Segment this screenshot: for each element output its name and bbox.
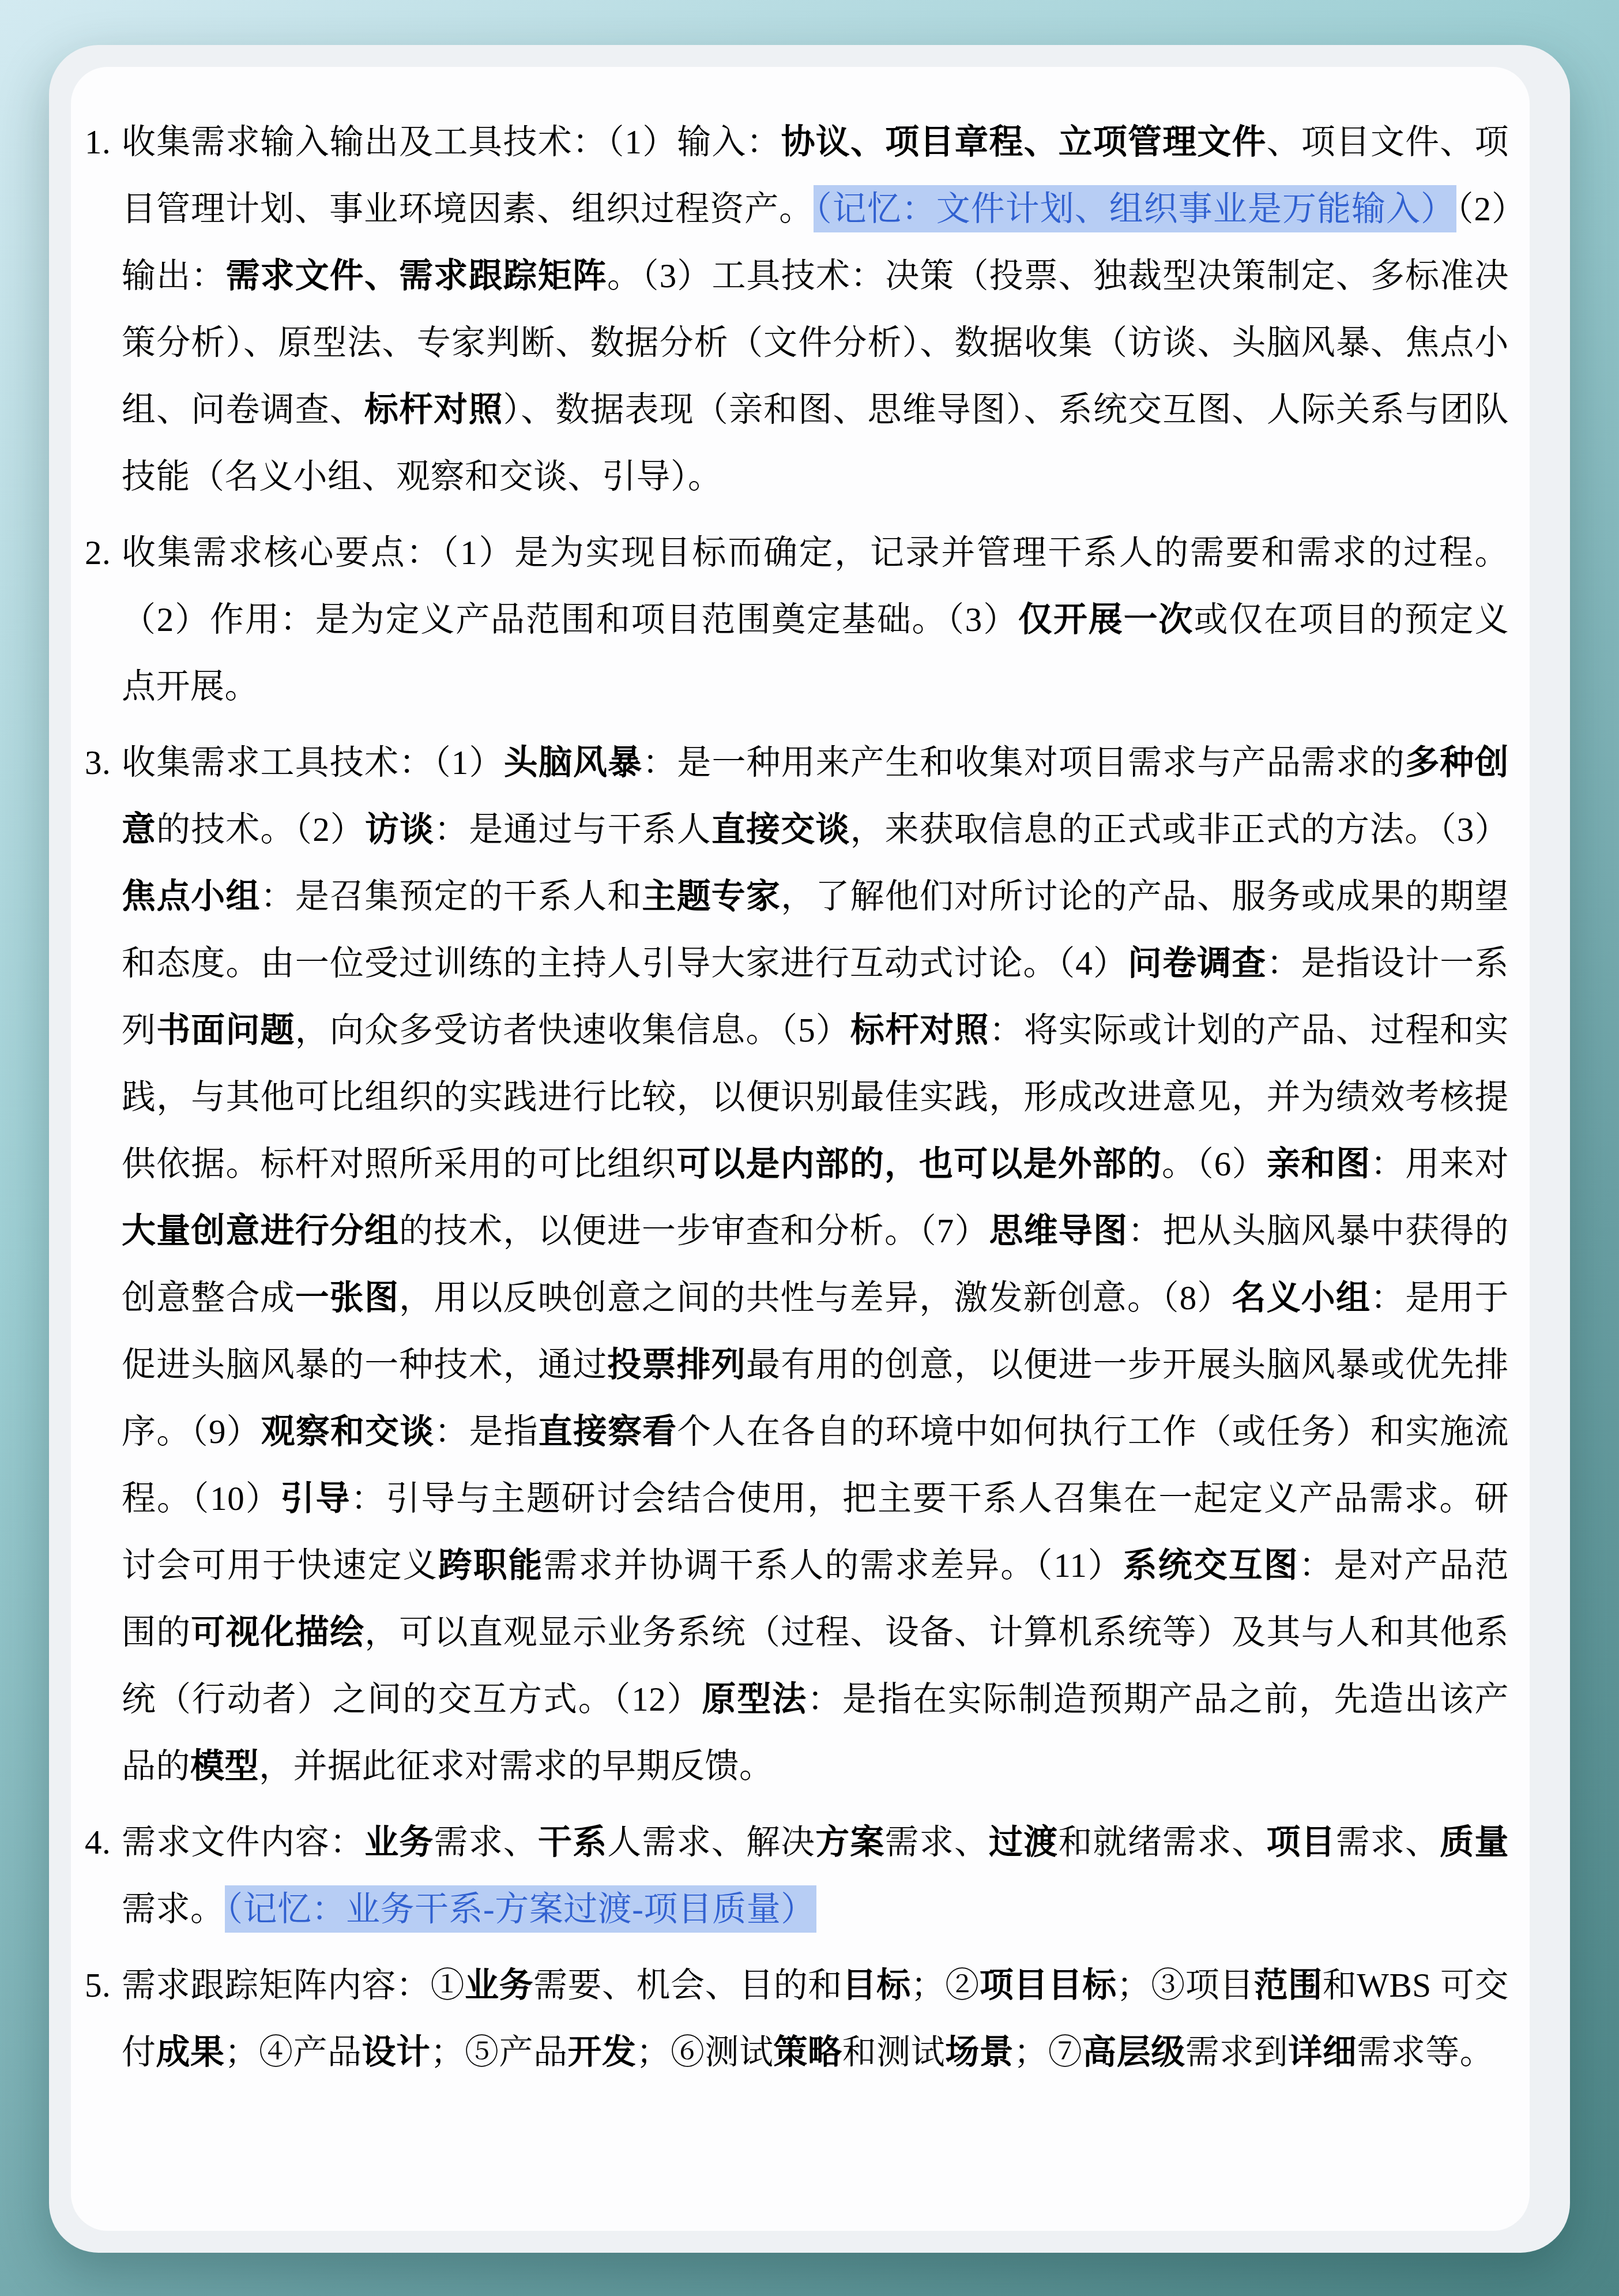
memory-highlight: （记忆：业务干系-方案过渡-项目质量） — [225, 1885, 816, 1933]
emphasis-text: 跨职能 — [438, 1546, 544, 1584]
body-text: ：用来对 — [1370, 1145, 1509, 1183]
list-item: 1.收集需求输入输出及工具技术：（1）输入：协议、项目章程、立项管理文件、项目文… — [85, 108, 1509, 510]
list-item-number: 2. — [85, 519, 122, 586]
emphasis-text: 书面问题 — [156, 1011, 295, 1049]
emphasis-text: 设计 — [362, 2033, 431, 2071]
body-text: ，并据此征求对需求的早期反馈。 — [259, 1747, 774, 1785]
body-text: ，来获取信息的正式或非正式的方法。（3） — [850, 810, 1509, 848]
emphasis-text: 业务 — [364, 1823, 434, 1861]
note-card: 1.收集需求输入输出及工具技术：（1）输入：协议、项目章程、立项管理文件、项目文… — [71, 67, 1530, 2231]
body-text: ；⑤产品 — [431, 2033, 568, 2071]
list-item-number: 5. — [85, 1952, 122, 2019]
emphasis-text: 引导 — [281, 1479, 351, 1517]
numbered-list: 1.收集需求输入输出及工具技术：（1）输入：协议、项目章程、立项管理文件、项目文… — [85, 108, 1509, 2085]
emphasis-text: 直接察看 — [539, 1412, 677, 1450]
body-text: 的技术，以便进一步审查和分析。（7） — [399, 1212, 989, 1250]
memory-highlight: （记忆：文件计划、组织事业是万能输入） — [814, 185, 1456, 232]
list-item: 3.收集需求工具技术：（1）头脑风暴：是一种用来产生和收集对项目需求与产品需求的… — [85, 729, 1509, 1799]
emphasis-text: 质量 — [1440, 1823, 1509, 1861]
emphasis-text: 项目 — [1266, 1823, 1335, 1861]
emphasis-text: 焦点小组 — [122, 877, 261, 915]
body-text: ：是一种用来产生和收集对项目需求与产品需求的 — [642, 743, 1405, 781]
emphasis-text: 范围 — [1254, 1966, 1323, 2004]
body-text: ；③项目 — [1117, 1966, 1254, 2004]
emphasis-text: 头脑风暴 — [504, 743, 643, 781]
emphasis-text: 协议、项目章程、立项管理文件 — [781, 123, 1267, 161]
list-item-number: 3. — [85, 729, 122, 796]
body-text: 需求到 — [1185, 2033, 1289, 2071]
body-text: 需求、 — [885, 1823, 989, 1861]
emphasis-text: 主题专家 — [642, 877, 781, 915]
emphasis-text: 成果 — [156, 2033, 225, 2071]
body-text: ，用以反映创意之间的共性与差异，激发新创意。（8） — [399, 1279, 1232, 1317]
emphasis-text: 大量创意进行分组 — [122, 1212, 399, 1250]
emphasis-text: 项目目标 — [980, 1966, 1117, 2004]
emphasis-text: 一张图 — [295, 1279, 399, 1317]
emphasis-text: 思维导图 — [989, 1212, 1128, 1250]
emphasis-text: 可视化描绘 — [191, 1613, 364, 1651]
emphasis-text: 高层级 — [1082, 2033, 1185, 2071]
emphasis-text: 亲和图 — [1267, 1145, 1370, 1183]
emphasis-text: 观察和交谈 — [261, 1412, 435, 1450]
body-text: 和测试 — [842, 2033, 946, 2071]
emphasis-text: 投票排列 — [607, 1346, 746, 1384]
emphasis-text: 可以是内部的，也可以是外部的 — [676, 1145, 1162, 1183]
list-item: 2.收集需求核心要点：（1）是为实现目标而确定，记录并管理干系人的需要和需求的过… — [85, 519, 1509, 720]
emphasis-text: 原型法 — [702, 1680, 807, 1718]
body-text: 和就绪需求、 — [1058, 1823, 1266, 1861]
body-text: ：是召集预定的干系人和 — [261, 877, 642, 915]
body-text: 收集需求输入输出及工具技术：（1）输入： — [122, 123, 781, 161]
emphasis-text: 系统交互图 — [1123, 1546, 1299, 1584]
emphasis-text: 名义小组 — [1232, 1279, 1371, 1317]
body-text: 需求跟踪矩阵内容：① — [122, 1966, 465, 2004]
emphasis-text: 直接交谈 — [711, 810, 850, 848]
emphasis-text: 干系 — [538, 1823, 607, 1861]
list-item-number: 1. — [85, 108, 122, 175]
emphasis-text: 开发 — [568, 2033, 637, 2071]
emphasis-text: 业务 — [465, 1966, 533, 2004]
body-text: ；② — [911, 1966, 980, 2004]
body-text: ；⑥测试 — [637, 2033, 774, 2071]
emphasis-text: 需求文件、需求跟踪矩阵 — [225, 257, 607, 295]
emphasis-text: 过渡 — [989, 1823, 1058, 1861]
body-text: 需求文件内容： — [122, 1823, 364, 1861]
emphasis-text: 策略 — [774, 2033, 842, 2071]
list-item-number: 4. — [85, 1809, 122, 1876]
emphasis-text: 目标 — [842, 1966, 911, 2004]
body-text: ：是通过与干系人 — [434, 810, 711, 848]
body-text: 需要、机会、目的和 — [533, 1966, 842, 2004]
body-text: ；④产品 — [225, 2033, 362, 2071]
body-text: 需求并协调干系人的需求差异。（11） — [544, 1546, 1123, 1584]
emphasis-text: 模型 — [190, 1747, 259, 1785]
body-text: 需求、 — [1336, 1823, 1440, 1861]
list-item: 4.需求文件内容：业务需求、干系人需求、解决方案需求、过渡和就绪需求、项目需求、… — [85, 1809, 1509, 1942]
emphasis-text: 标杆对照 — [364, 390, 503, 429]
body-text: 需求。 — [122, 1890, 225, 1928]
emphasis-text: 标杆对照 — [850, 1011, 989, 1049]
list-item: 5.需求跟踪矩阵内容：①业务需要、机会、目的和目标；②项目目标；③项目范围和WB… — [85, 1952, 1509, 2085]
body-text: 。（6） — [1162, 1145, 1267, 1183]
emphasis-text: 问卷调查 — [1128, 944, 1267, 982]
body-text: 收集需求工具技术：（1） — [122, 743, 504, 781]
body-text: ，向众多受访者快速收集信息。（5） — [295, 1011, 850, 1049]
emphasis-text: 仅开展一次 — [1018, 600, 1193, 638]
body-text: 需求、 — [434, 1823, 538, 1861]
body-text: ：是指 — [434, 1412, 538, 1450]
body-text: 人需求、解决 — [607, 1823, 815, 1861]
emphasis-text: 场景 — [945, 2033, 1014, 2071]
body-text: 需求等。 — [1357, 2033, 1494, 2071]
emphasis-text: 访谈 — [365, 810, 434, 848]
emphasis-text: 详细 — [1288, 2033, 1357, 2071]
body-text: 的技术。（2） — [156, 810, 365, 848]
body-text: ；⑦ — [1014, 2033, 1082, 2071]
emphasis-text: 方案 — [815, 1823, 884, 1861]
